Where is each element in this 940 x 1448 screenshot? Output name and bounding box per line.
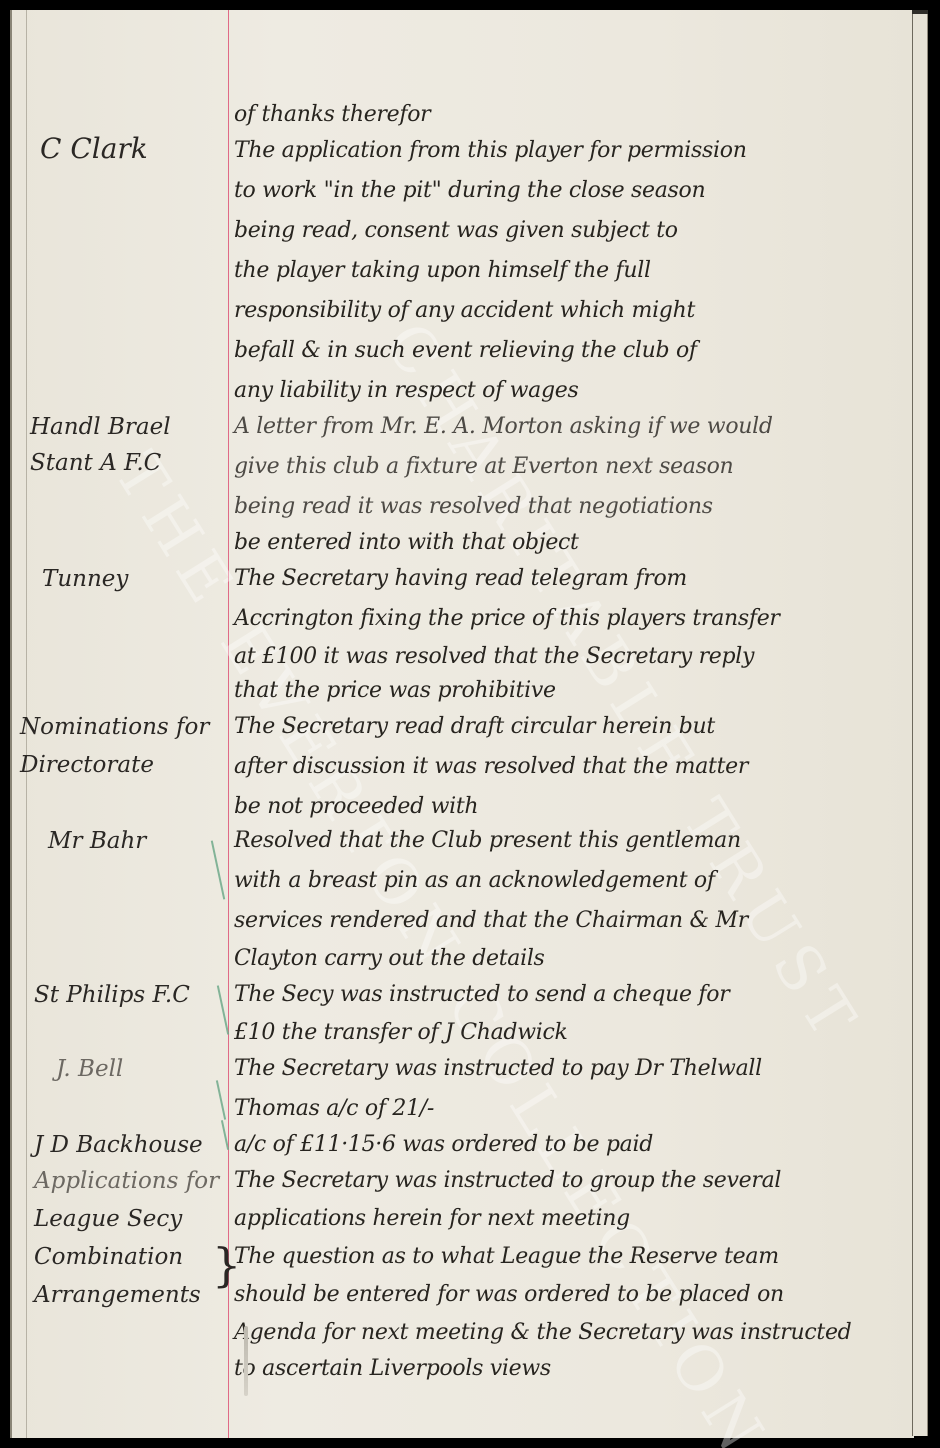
body-line: that the price was prohibitive [234, 678, 919, 703]
body-line: Accrington fixing the price of this play… [234, 606, 919, 631]
body-line: Thomas a/c of 21/- [234, 1096, 919, 1121]
ledger-page: THE EVERTON COLLECTION CHARITABLE TRUST … [10, 10, 914, 1438]
body-line: services rendered and that the Chairman … [234, 908, 919, 933]
body-line: any liability in respect of wages [234, 378, 919, 403]
margin-note-bell: J. Bell [56, 1056, 262, 1082]
body-line: be not proceeded with [234, 794, 919, 819]
body-line: with a breast pin as an acknowledgement … [234, 868, 919, 893]
margin-note-club: Handl Brael [30, 414, 236, 440]
body-line: being read it was resolved that negotiat… [234, 494, 919, 519]
pencil-mark [244, 1326, 248, 1396]
body-line: The Secretary read draft circular herein… [234, 714, 919, 739]
margin-note-bahr: Mr Bahr [48, 828, 254, 854]
margin-note-nominations: Directorate [20, 752, 226, 778]
margin-note-applications: Applications for [34, 1168, 240, 1194]
body-line: £10 the transfer of J Chadwick [234, 1020, 919, 1045]
body-line: Resolved that the Club present this gent… [234, 828, 919, 853]
body-line: at £100 it was resolved that the Secreta… [234, 644, 919, 669]
body-line: being read, consent was given subject to [234, 218, 919, 243]
body-line: The Secretary was instructed to group th… [234, 1168, 919, 1193]
body-line: to work "in the pit" during the close se… [234, 178, 919, 203]
body-line: be entered into with that object [234, 530, 919, 555]
body-line: Agenda for next meeting & the Secretary … [234, 1320, 919, 1345]
margin-note-club: Stant A F.C [30, 450, 236, 476]
body-line: responsibility of any accident which mig… [234, 298, 919, 323]
body-line: a/c of £11·15·6 was ordered to be paid [234, 1132, 919, 1157]
body-line: applications herein for next meeting [234, 1206, 919, 1231]
margin-note-backhouse: J D Backhouse [34, 1132, 240, 1158]
adjacent-page-edge [912, 14, 928, 1436]
body-line: of thanks therefor [234, 102, 919, 127]
body-line: to ascertain Liverpools views [234, 1356, 919, 1381]
margin-note-st-philips: St Philips F.C [34, 982, 240, 1008]
body-line: The Secy was instructed to send a cheque… [234, 982, 919, 1007]
body-line: A letter from Mr. E. A. Morton asking if… [234, 414, 919, 439]
margin-note-combination: Arrangements [34, 1282, 240, 1308]
margin-note-combination: Combination [34, 1244, 240, 1270]
body-line: should be entered for was ordered to be … [234, 1282, 919, 1307]
body-line: give this club a fixture at Everton next… [234, 454, 919, 479]
green-tick-mark [216, 1080, 226, 1120]
margin-note-tunney: Tunney [42, 566, 248, 592]
margin-note-nominations: Nominations for [20, 714, 226, 740]
body-line: The application from this player for per… [234, 138, 919, 163]
body-line: The Secretary was instructed to pay Dr T… [234, 1056, 919, 1081]
body-line: the player taking upon himself the full [234, 258, 919, 283]
body-line: Clayton carry out the details [234, 946, 919, 971]
body-line: The Secretary having read telegram from [234, 566, 919, 591]
body-line: befall & in such event relieving the clu… [234, 338, 919, 363]
margin-note-applications: League Secy [34, 1206, 240, 1232]
body-line: after discussion it was resolved that th… [234, 754, 919, 779]
margin-note-clark: C Clark [40, 132, 246, 165]
body-line: The question as to what League the Reser… [234, 1244, 919, 1269]
